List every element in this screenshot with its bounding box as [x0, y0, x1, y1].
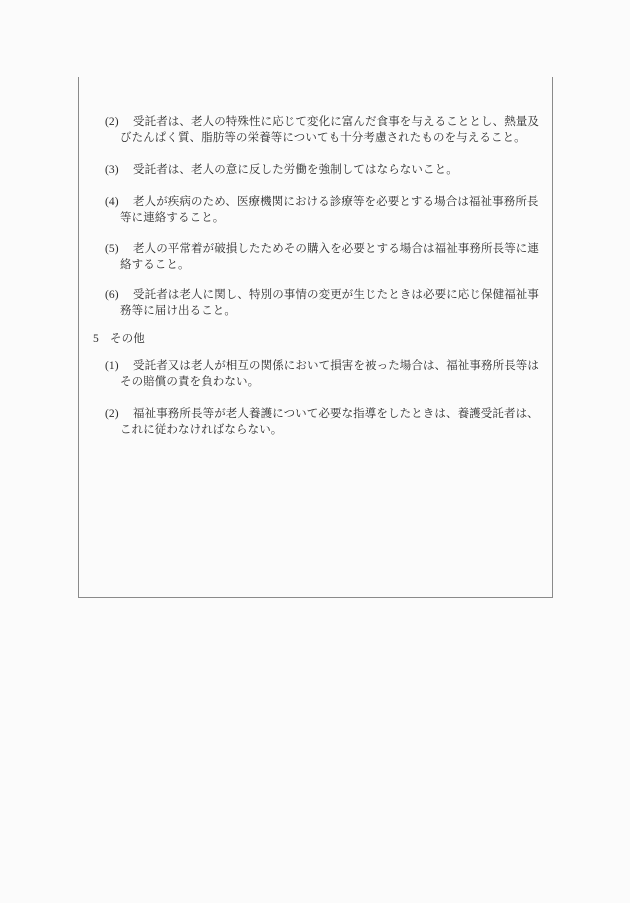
item-text: 老人の平常着が破損したためその購入を必要とする場合は福祉事務所長等に連: [133, 243, 539, 255]
section-heading: 5その他: [93, 332, 145, 346]
item-number: (6): [105, 288, 133, 302]
list-item-5-line-1: (5)老人の平常着が破損したためその購入を必要とする場合は福祉事務所長等に連: [105, 242, 539, 256]
item-number: (2): [105, 407, 133, 421]
list-item-4-line-2: 等に連絡すること。: [120, 211, 224, 225]
item-text: びたんぱく質、脂肪等の栄養等についても十分考慮されたものを与えること。: [120, 132, 526, 144]
item-text: 受託者は老人に関し、特別の事情の変更が生じたときは必要に応じ保健福祉事: [133, 289, 539, 301]
item-text: 老人が疾病のため、医療機関における診療等を必要とする場合は福祉事務所長: [133, 196, 539, 208]
item-text: 務等に届け出ること。: [120, 305, 236, 317]
item-number: (3): [105, 163, 133, 177]
sub-item-1-line-1: (1)受託者又は老人が相互の関係において損害を被った場合は、福祉事務所長等は: [105, 359, 539, 373]
list-item-6-line-2: 務等に届け出ること。: [120, 304, 236, 318]
list-item-6-line-1: (6)受託者は老人に関し、特別の事情の変更が生じたときは必要に応じ保健福祉事: [105, 288, 539, 302]
table-cell-border: [78, 77, 553, 598]
item-text: 福祉事務所長等が老人養護について必要な指導をしたときは、養護受託者は、: [133, 408, 539, 420]
sub-item-2-line-1: (2)福祉事務所長等が老人養護について必要な指導をしたときは、養護受託者は、: [105, 407, 539, 421]
list-item-3-line-1: (3)受託者は、老人の意に反した労働を強制してはならないこと。: [105, 163, 458, 177]
section-number: 5: [93, 332, 110, 346]
document-page: (2)受託者は、老人の特殊性に応じて変化に富んだ食事を与えることとし、熱量及 び…: [0, 0, 630, 903]
section-title: その他: [110, 333, 145, 345]
item-text: 等に連絡すること。: [120, 212, 224, 224]
item-text: 受託者は、老人の意に反した労働を強制してはならないこと。: [133, 164, 458, 176]
item-number: (2): [105, 115, 133, 129]
list-item-2-line-2: びたんぱく質、脂肪等の栄養等についても十分考慮されたものを与えること。: [120, 131, 526, 145]
sub-item-2-line-2: これに従わなければならない。: [120, 423, 282, 437]
item-text: 受託者は、老人の特殊性に応じて変化に富んだ食事を与えることとし、熱量及: [133, 116, 539, 128]
item-text: その賠償の責を負わない。: [120, 376, 259, 388]
list-item-5-line-2: 絡すること。: [120, 258, 190, 272]
item-number: (5): [105, 242, 133, 256]
sub-item-1-line-2: その賠償の責を負わない。: [120, 375, 259, 389]
item-text: 絡すること。: [120, 259, 190, 271]
item-number: (1): [105, 359, 133, 373]
item-text: 受託者又は老人が相互の関係において損害を被った場合は、福祉事務所長等は: [133, 360, 539, 372]
item-text: これに従わなければならない。: [120, 424, 282, 436]
list-item-4-line-1: (4)老人が疾病のため、医療機関における診療等を必要とする場合は福祉事務所長: [105, 195, 539, 209]
item-number: (4): [105, 195, 133, 209]
list-item-2-line-1: (2)受託者は、老人の特殊性に応じて変化に富んだ食事を与えることとし、熱量及: [105, 115, 539, 129]
